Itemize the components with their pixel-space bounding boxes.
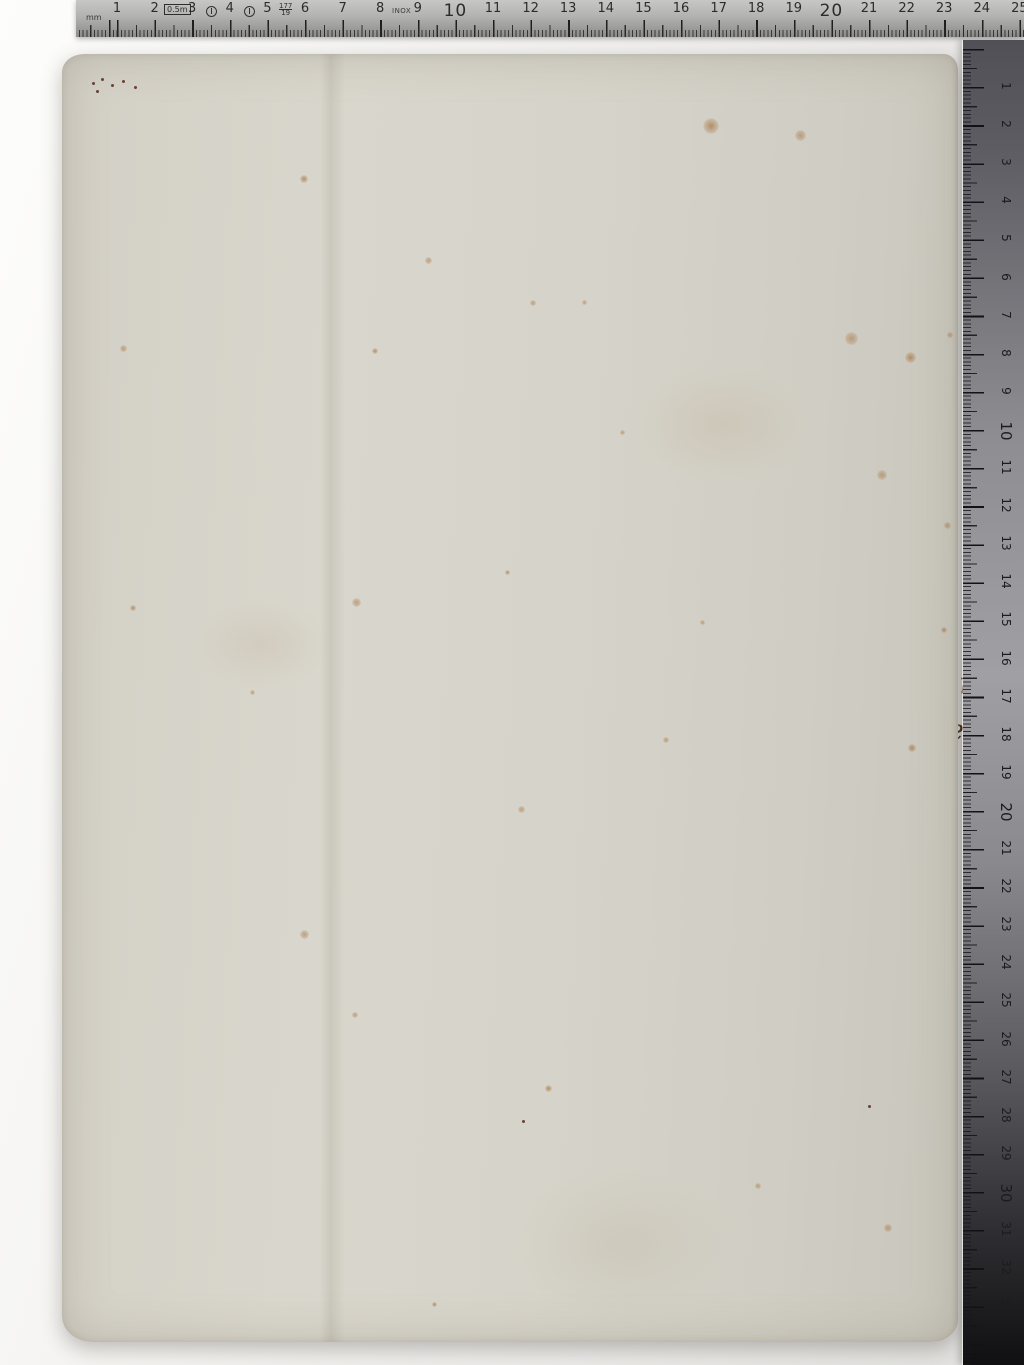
- right-ruler-number: 15: [999, 608, 1013, 630]
- right-ruler-number: 23: [999, 913, 1013, 935]
- class-mark-bottom: 19: [279, 9, 292, 16]
- document-paper-sheet: [62, 54, 958, 1342]
- top-ruler-number: 18: [748, 1, 765, 16]
- right-ruler-number: 29: [999, 1142, 1013, 1164]
- right-ruler-number: 17: [999, 685, 1013, 707]
- top-ruler: mm 0.5m 17719 INOX 123456789101112131415…: [76, 0, 1024, 37]
- right-ruler-number: 22: [999, 875, 1013, 897]
- ruler-class-mark: 17719: [279, 3, 292, 16]
- right-ruler-number: 4: [999, 189, 1013, 211]
- right-ruler-number: 5: [999, 227, 1013, 249]
- top-ruler-number: 2: [150, 1, 158, 16]
- right-ruler-number: 7: [999, 304, 1013, 326]
- right-ruler-number: 8: [999, 342, 1013, 364]
- right-ruler-number: 9: [999, 380, 1013, 402]
- top-ruler-number: 15: [635, 1, 652, 16]
- right-ruler-number: 27: [999, 1066, 1013, 1088]
- right-ruler-number: 30: [997, 1182, 1015, 1204]
- top-ruler-number: 7: [338, 1, 346, 16]
- top-ruler-number: 1: [113, 1, 121, 16]
- accuracy-mark-icon: [206, 6, 217, 17]
- right-ruler-number: 31: [999, 1218, 1013, 1240]
- right-ruler-number: 32: [999, 1256, 1013, 1278]
- right-ruler-number: 20: [997, 801, 1015, 823]
- top-ruler-number: 22: [898, 1, 915, 16]
- top-ruler-number: 24: [974, 1, 991, 16]
- top-ruler-number: 14: [598, 1, 615, 16]
- accuracy-mark-icon: [244, 6, 255, 17]
- ruler-inox-label: INOX: [392, 7, 411, 15]
- right-ruler-number: 26: [999, 1028, 1013, 1050]
- right-ruler: 1234567891011121314151617181920212223242…: [962, 40, 1024, 1365]
- right-ruler-number: 19: [999, 761, 1013, 783]
- top-ruler-number: 13: [560, 1, 577, 16]
- right-ruler-number: 14: [999, 570, 1013, 592]
- top-ruler-number: 12: [522, 1, 539, 16]
- top-ruler-number: 10: [444, 1, 468, 21]
- right-ruler-number: 16: [999, 647, 1013, 669]
- right-ruler-number: 1: [999, 75, 1013, 97]
- top-ruler-number: 20: [820, 1, 844, 21]
- right-ruler-number: 10: [997, 420, 1015, 442]
- top-ruler-number: 6: [301, 1, 309, 16]
- top-ruler-number: 4: [226, 1, 234, 16]
- right-ruler-number: 2: [999, 113, 1013, 135]
- ruler-05m-mark: 0.5m: [164, 4, 191, 15]
- right-ruler-number: 33: [999, 1294, 1013, 1316]
- right-ruler-number: 25: [999, 989, 1013, 1011]
- right-ruler-number: 18: [999, 723, 1013, 745]
- right-ruler-number: 28: [999, 1104, 1013, 1126]
- top-ruler-number: 8: [376, 1, 384, 16]
- right-ruler-number: 21: [999, 837, 1013, 859]
- top-ruler-number: 11: [485, 1, 502, 16]
- top-ruler-number: 17: [710, 1, 727, 16]
- top-ruler-number: 23: [936, 1, 953, 16]
- right-ruler-number: 6: [999, 266, 1013, 288]
- top-ruler-number: 21: [861, 1, 878, 16]
- top-ruler-number: 3: [188, 1, 196, 16]
- right-ruler-number: 24: [999, 951, 1013, 973]
- top-ruler-number: 19: [786, 1, 803, 16]
- right-ruler-number: 11: [999, 456, 1013, 478]
- right-ruler-number: 13: [999, 532, 1013, 554]
- top-ruler-number: 5: [263, 1, 271, 16]
- top-ruler-number: 9: [414, 1, 422, 16]
- ruler-unit-label: mm: [86, 13, 102, 22]
- photo-of-document: ✳ ✳ Partant d le allant A { Payé diſtant…: [0, 0, 1024, 1365]
- right-ruler-number: 12: [999, 494, 1013, 516]
- top-ruler-number: 16: [673, 1, 690, 16]
- right-ruler-number: 3: [999, 151, 1013, 173]
- top-ruler-number: 25: [1011, 1, 1024, 16]
